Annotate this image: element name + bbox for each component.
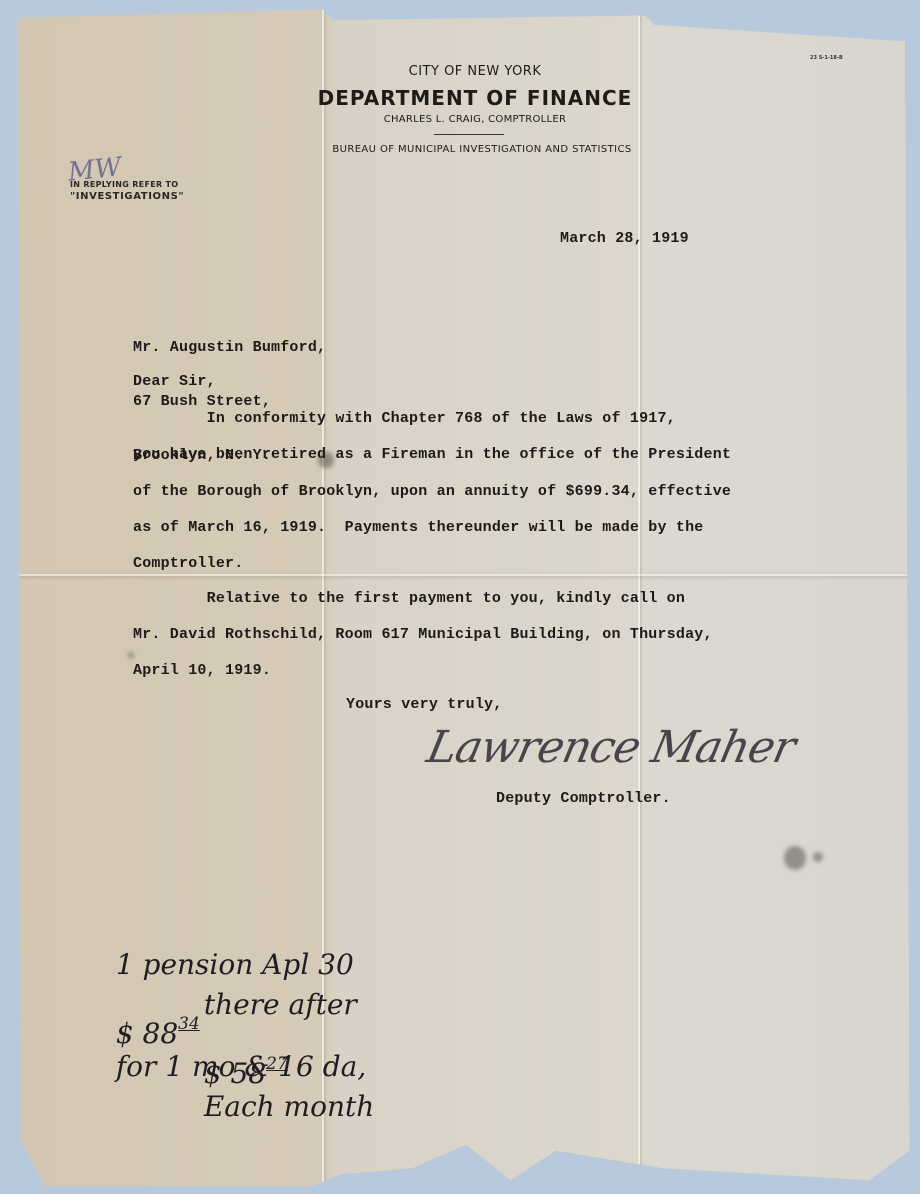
reply-reference: IN REPLYING REFER TO "INVESTIGATIONS" [70, 180, 184, 202]
body-line: as of March 16, 1919. Payments thereunde… [133, 519, 704, 536]
note-period: Each month [204, 1090, 374, 1123]
letterhead-bureau: BUREAU OF MUNICIPAL INVESTIGATION AND ST… [22, 144, 920, 155]
letterhead-city: CITY OF NEW YORK [15, 64, 920, 79]
reply-reference-line1: IN REPLYING REFER TO [70, 180, 184, 189]
closing: Yours very truly, [346, 696, 502, 713]
reply-reference-line2: "INVESTIGATIONS" [70, 191, 184, 202]
body-line: of the Borough of Brooklyn, upon an annu… [133, 483, 731, 500]
body-line: you have been retired as a Fireman in th… [133, 446, 731, 463]
fold-crease [18, 574, 914, 576]
letterhead-divider [434, 134, 504, 135]
note-cents: 27 [266, 1054, 288, 1074]
body-line: Mr. David Rothschild, Room 617 Municipal… [133, 626, 713, 643]
note-amount: $ 88 [116, 1017, 178, 1050]
ink-stain [128, 652, 134, 658]
letter-date: March 28, 1919 [560, 230, 689, 247]
signature: Lawrence Maher [423, 722, 800, 773]
recipient-street: 67 Bush Street, [133, 393, 326, 411]
salutation: Dear Sir, [133, 373, 216, 390]
letterhead-comptroller: CHARLES L. CRAIG, COMPTROLLER [15, 114, 920, 125]
signer-title: Deputy Comptroller. [496, 790, 671, 807]
ink-stain [813, 852, 823, 862]
body-line: Comptroller. [133, 555, 243, 572]
body-line: In conformity with Chapter 768 of the La… [133, 410, 676, 427]
note-amount: $ 58 [204, 1057, 266, 1090]
note-label: there after [204, 988, 357, 1021]
letterhead-department: DEPARTMENT OF FINANCE [15, 86, 920, 110]
form-number: 23 S-1-18-B [810, 55, 843, 61]
body-line: Relative to the first payment to you, ki… [133, 590, 685, 607]
recipient-name: Mr. Augustin Bumford, [133, 339, 326, 357]
handwritten-note-line2: there after $ 5827 Each month [186, 955, 374, 1123]
body-line: April 10, 1919. [133, 662, 271, 679]
ink-stain [784, 846, 806, 870]
